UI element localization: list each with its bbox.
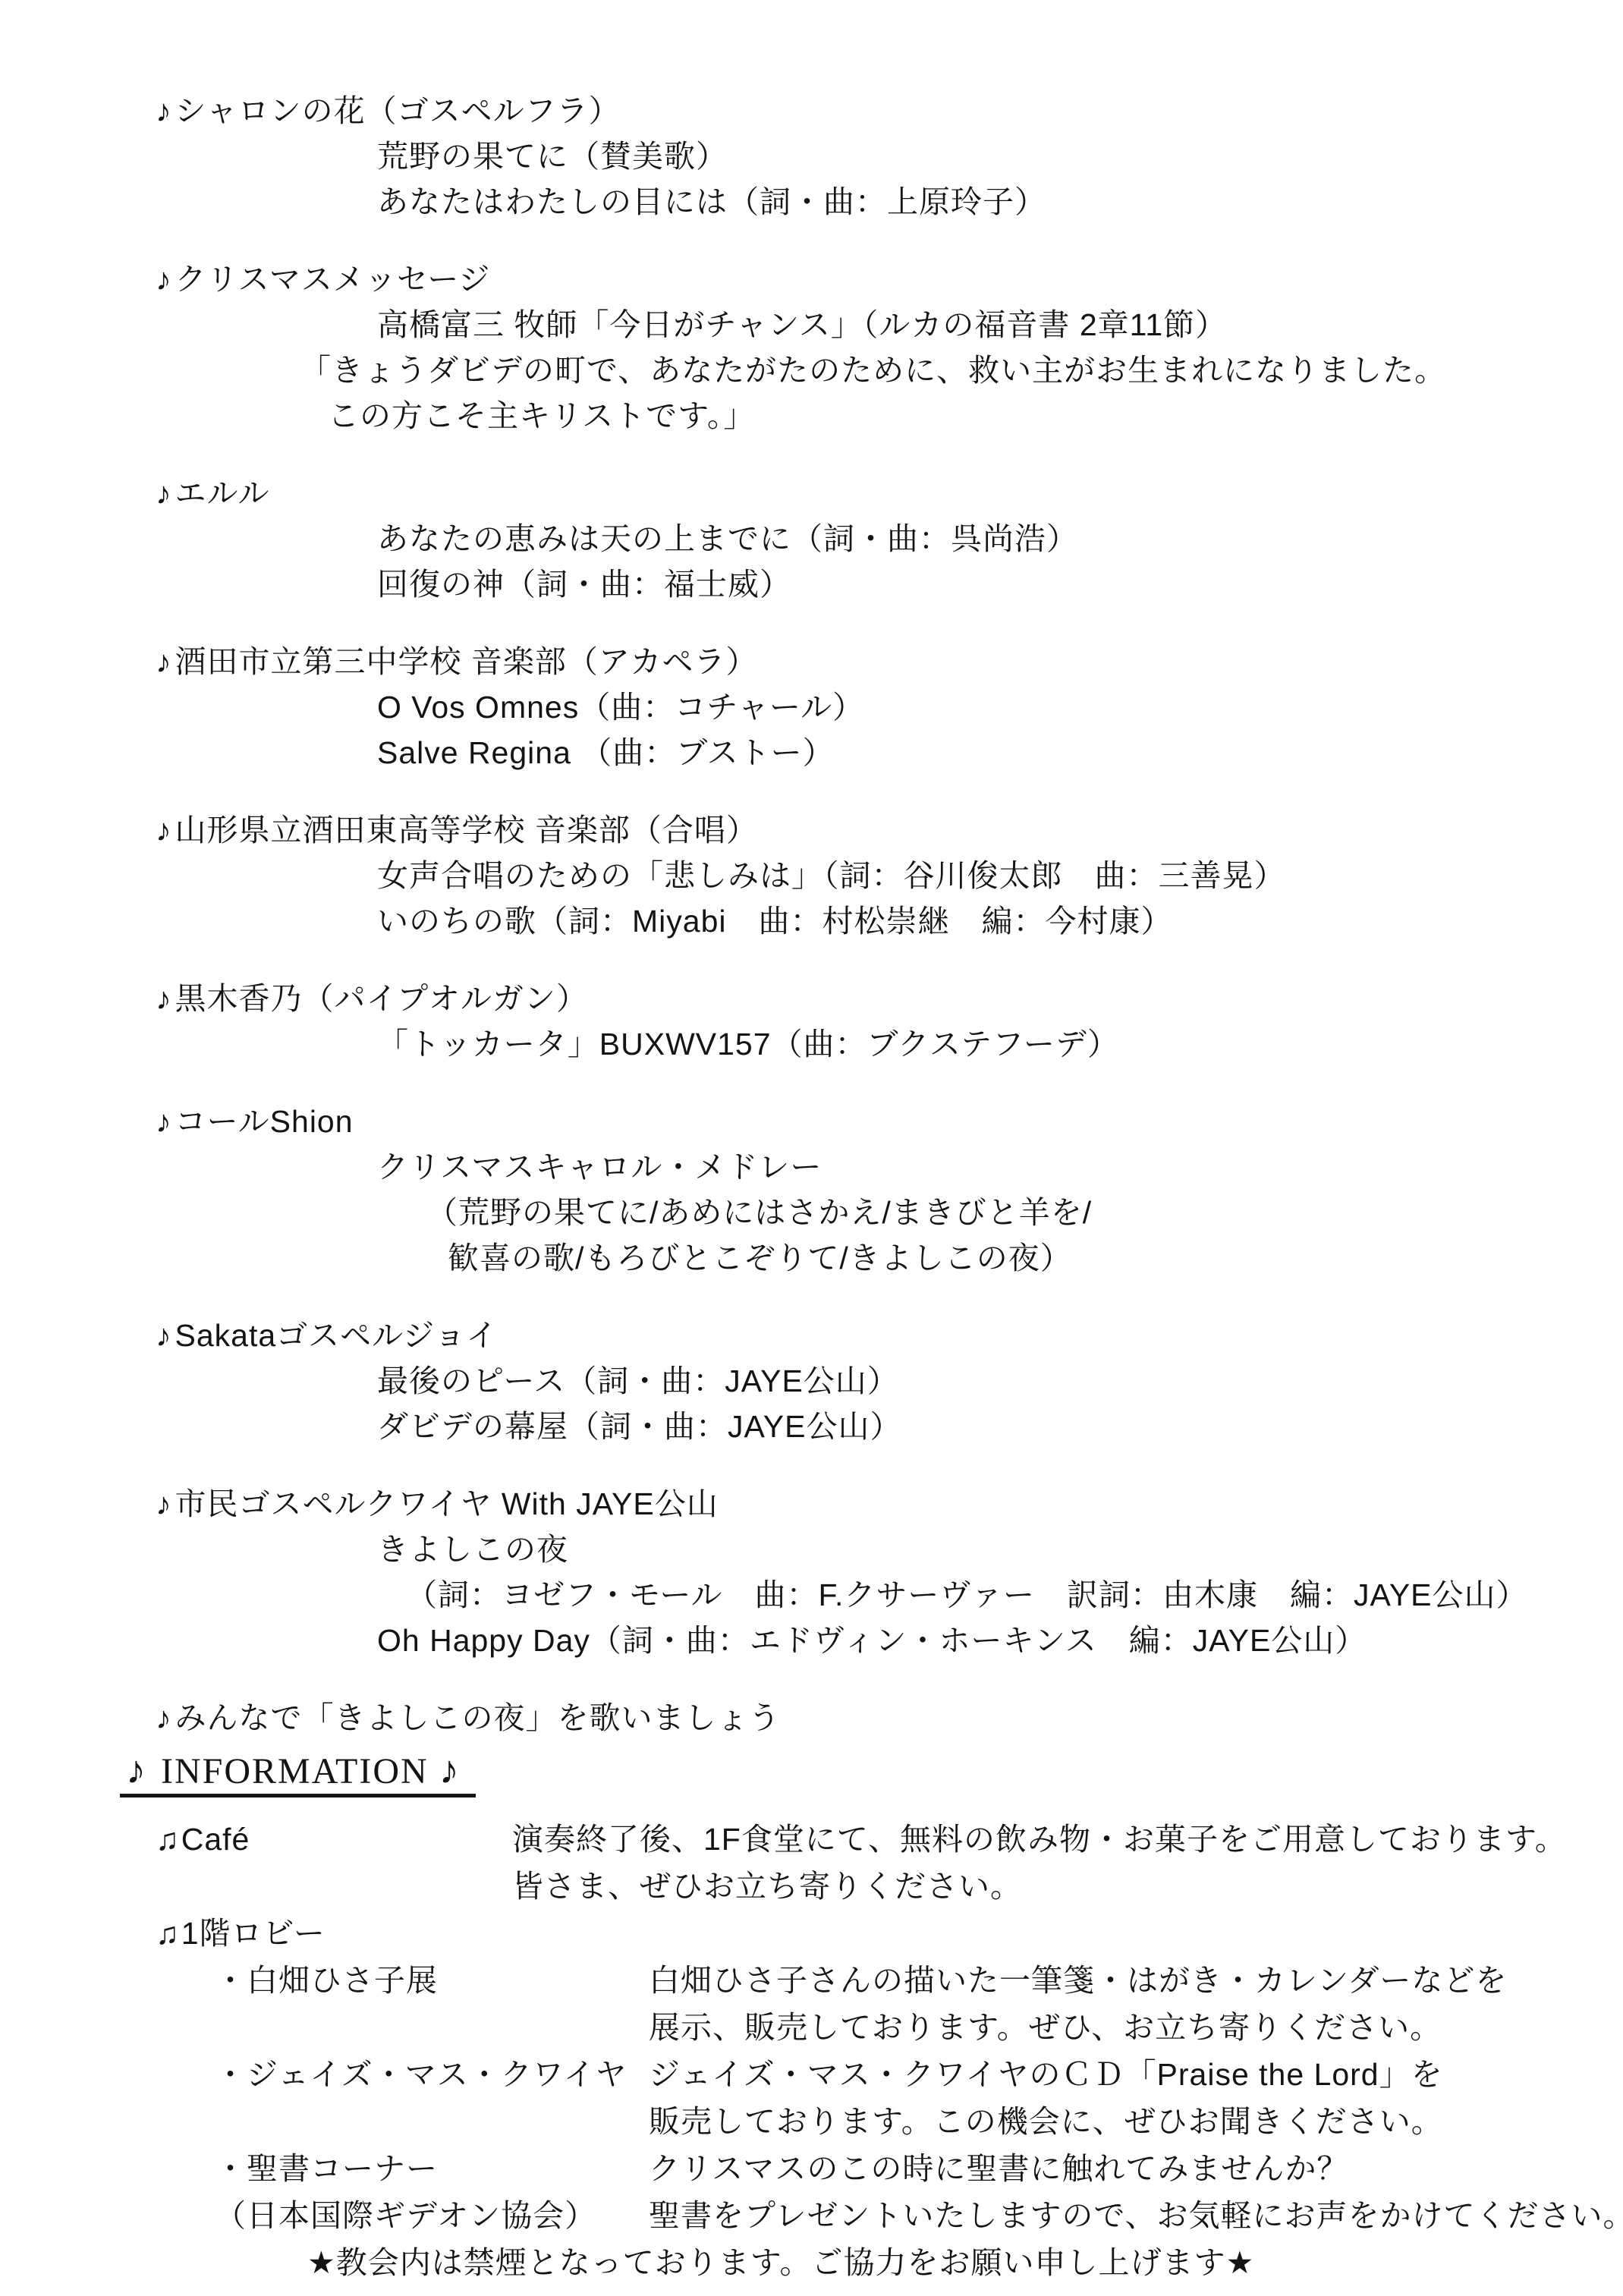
performer-name: シャロンの花（ゴスペルフラ） xyxy=(175,93,621,128)
program-section: ♪黒木香乃（パイプオルガン） 「トッカータ」BUXWV157（曲：ブクステフーデ… xyxy=(0,976,1623,1067)
scripture-quote-line: この方こそ主キリストです。」 xyxy=(0,393,1623,439)
program-section-title: ♪クリスマスメッセージ xyxy=(0,256,1623,302)
beamed-note-icon: ♫ xyxy=(156,1916,180,1951)
program-section-title: ♪シャロンの花（ゴスペルフラ） xyxy=(0,88,1623,134)
program-section: ♪Sakataゴスペルジョイ 最後のピース（詞・曲：JAYE公山） ダビデの幕屋… xyxy=(0,1313,1623,1449)
program-section-title: ♪黒木香乃（パイプオルガン） xyxy=(0,976,1623,1021)
song-line: 最後のピース（詞・曲：JAYE公山） xyxy=(0,1358,1623,1404)
eighth-note-icon: ♪ xyxy=(156,981,172,1016)
eighth-note-icon: ♪ xyxy=(156,1318,172,1353)
program-section: ♪エルル あなたの恵みは天の上までに（詞・曲：呉尚浩） 回復の神（詞・曲：福士威… xyxy=(0,470,1623,607)
program-section: ♪酒田市立第三中学校 音楽部（アカペラ） O Vos Omnes（曲：コチャール… xyxy=(0,639,1623,775)
song-line: 高橋富三 牧師「今日がチャンス」（ルカの福音書 2章11節） xyxy=(0,302,1623,348)
info-description: 販売しております。この機会に、ぜひお聞きください。 xyxy=(649,2098,1623,2145)
info-row-choir-cd: ・ジェイズ・マス・クワイヤ ジェイズ・マス・クワイヤのＣＤ「Praise the… xyxy=(0,2051,1623,2098)
program-section-title: ♪山形県立酒田東高等学校 音楽部（合唱） xyxy=(0,807,1623,853)
sing-along-text: みんなで「きよしこの夜」を歌いましょう xyxy=(175,1700,781,1735)
information-section: ♪ INFORMATION ♪ xyxy=(120,1751,1623,1797)
info-row-continuation: 皆さま、ぜひお立ち寄りください。 xyxy=(0,1863,1623,1910)
program-section-title: ♪コールShion xyxy=(0,1099,1623,1144)
performer-name: 黒木香乃（パイプオルガン） xyxy=(175,981,588,1016)
performer-name: 山形県立酒田東高等学校 音楽部（合唱） xyxy=(175,813,758,848)
program-section: ♪コールShion クリスマスキャロル・メドレー （荒野の果てに/あめにはさかえ… xyxy=(0,1099,1623,1281)
info-label: ♫Café xyxy=(0,1816,512,1863)
info-label-text: Café xyxy=(181,1822,250,1857)
eighth-note-icon: ♪ xyxy=(439,1749,461,1792)
sing-along-line: ♪みんなで「きよしこの夜」を歌いましょう xyxy=(0,1695,1623,1741)
eighth-note-icon: ♪ xyxy=(156,1700,172,1735)
medley-songs-line: （荒野の果てに/あめにはさかえ/まきびと羊を/ xyxy=(0,1190,1623,1235)
medley-songs-line: 歓喜の歌/もろびとこぞりて/きよしこの夜） xyxy=(0,1235,1623,1281)
program-section-title: ♪酒田市立第三中学校 音楽部（アカペラ） xyxy=(0,639,1623,684)
performer-name: エルル xyxy=(175,476,270,511)
program-section: ♪シャロンの花（ゴスペルフラ） 荒野の果てに（賛美歌） あなたはわたしの目には（… xyxy=(0,88,1623,225)
eighth-note-icon: ♪ xyxy=(156,644,172,679)
song-line: 女声合唱のための「悲しみは」（詞：谷川俊太郎 曲：三善晃） xyxy=(0,853,1623,898)
performer-name: Sakataゴスペルジョイ xyxy=(175,1318,499,1353)
program-section-title: ♪市民ゴスペルクワイヤ With JAYE公山 xyxy=(0,1481,1623,1527)
eighth-note-icon: ♪ xyxy=(156,93,172,128)
info-label: ・聖書コーナー xyxy=(0,2145,649,2192)
song-line: 荒野の果てに（賛美歌） xyxy=(0,134,1623,179)
song-line: あなたはわたしの目には（詞・曲：上原玲子） xyxy=(0,179,1623,225)
program-section: ♪クリスマスメッセージ 高橋富三 牧師「今日がチャンス」（ルカの福音書 2章11… xyxy=(0,256,1623,439)
info-label: （日本国際ギデオン協会） xyxy=(0,2192,649,2239)
info-row-cafe: ♫Café 演奏終了後、1F食堂にて、無料の飲み物・お菓子をご用意しております。 xyxy=(0,1816,1623,1863)
song-line: クリスマスキャロル・メドレー xyxy=(0,1144,1623,1190)
info-label: ・ジェイズ・マス・クワイヤ xyxy=(0,2051,649,2098)
scripture-quote-line: 「きょうダビデの町で、あなたがたのために、救い主がお生まれになりました。 xyxy=(0,348,1623,393)
info-row-gideon: （日本国際ギデオン協会） 聖書をプレゼントいたしますので、お気軽にお声をかけてく… xyxy=(0,2192,1623,2239)
performer-name: 酒田市立第三中学校 音楽部（アカペラ） xyxy=(175,644,758,679)
eighth-note-icon: ♪ xyxy=(156,262,172,297)
program-section-title: ♪エルル xyxy=(0,470,1623,516)
info-row-continuation: 販売しております。この機会に、ぜひお聞きください。 xyxy=(0,2098,1623,2145)
eighth-note-icon: ♪ xyxy=(156,476,172,511)
song-line: O Vos Omnes（曲：コチャール） xyxy=(0,684,1623,730)
info-row-continuation: 展示、販売しております。ぜひ、お立ち寄りください。 xyxy=(0,2004,1623,2051)
info-description: 皆さま、ぜひお立ち寄りください。 xyxy=(512,1863,1623,1910)
information-heading: ♪ INFORMATION ♪ xyxy=(120,1751,476,1797)
info-description: ジェイズ・マス・クワイヤのＣＤ「Praise the Lord」を xyxy=(649,2051,1623,2098)
info-description: 白畑ひさ子さんの描いた一筆箋・はがき・カレンダーなどを xyxy=(649,1957,1623,2004)
beamed-note-icon: ♫ xyxy=(156,1822,180,1857)
concert-program-page: ♪シャロンの花（ゴスペルフラ） 荒野の果てに（賛美歌） あなたはわたしの目には（… xyxy=(0,0,1623,2286)
performer-name: 市民ゴスペルクワイヤ With JAYE公山 xyxy=(175,1486,719,1521)
info-description: 演奏終了後、1F食堂にて、無料の飲み物・お菓子をご用意しております。 xyxy=(512,1816,1623,1863)
info-label xyxy=(0,2004,649,2051)
song-line: Salve Regina （曲：ブストー） xyxy=(0,730,1623,775)
song-line: いのちの歌（詞：Miyabi 曲：村松崇継 編：今村康） xyxy=(0,898,1623,944)
info-row-exhibit: ・白畑ひさ子展 白畑ひさ子さんの描いた一筆箋・はがき・カレンダーなどを xyxy=(0,1957,1623,2004)
info-row-bible-corner: ・聖書コーナー クリスマスのこの時に聖書に触れてみませんか？ xyxy=(0,2145,1623,2192)
eighth-note-icon: ♪ xyxy=(156,813,172,848)
info-label xyxy=(0,2098,649,2145)
program-section: ♪市民ゴスペルクワイヤ With JAYE公山 きよしこの夜 （詞：ヨゼフ・モー… xyxy=(0,1481,1623,1663)
info-description: クリスマスのこの時に聖書に触れてみませんか？ xyxy=(649,2145,1623,2192)
song-line: 回復の神（詞・曲：福士威） xyxy=(0,561,1623,607)
song-line: あなたの恵みは天の上までに（詞・曲：呉尚浩） xyxy=(0,516,1623,561)
program-section: ♪山形県立酒田東高等学校 音楽部（合唱） 女声合唱のための「悲しみは」（詞：谷川… xyxy=(0,807,1623,944)
eighth-note-icon: ♪ xyxy=(156,1104,172,1139)
song-line: 「トッカータ」BUXWV157（曲：ブクステフーデ） xyxy=(0,1021,1623,1067)
eighth-note-icon: ♪ xyxy=(126,1749,147,1792)
info-label-text: 1階ロビー xyxy=(181,1916,326,1951)
info-description xyxy=(512,1910,1623,1957)
song-credits-line: （詞：ヨゼフ・モール 曲：F.クサーヴァー 訳詞：由木康 編：JAYE公山） xyxy=(0,1572,1623,1618)
info-label: ・白畑ひさ子展 xyxy=(0,1957,649,2004)
performer-name: クリスマスメッセージ xyxy=(175,262,491,297)
song-line: Oh Happy Day（詞・曲：エドヴィン・ホーキンス 編：JAYE公山） xyxy=(0,1618,1623,1663)
program-section-title: ♪Sakataゴスペルジョイ xyxy=(0,1313,1623,1358)
info-label xyxy=(0,1863,512,1910)
song-line: きよしこの夜 xyxy=(0,1527,1623,1572)
smoking-notice: ★教会内は禁煙となっております。ご協力をお願い申し上げます★ xyxy=(0,2239,1623,2286)
info-description: 展示、販売しております。ぜひ、お立ち寄りください。 xyxy=(649,2004,1623,2051)
information-heading-text: INFORMATION xyxy=(161,1751,429,1791)
performer-name: コールShion xyxy=(175,1104,354,1139)
song-line: ダビデの幕屋（詞・曲：JAYE公山） xyxy=(0,1404,1623,1449)
info-description: 聖書をプレゼントいたしますので、お気軽にお声をかけてください。 xyxy=(649,2192,1623,2239)
info-row-lobby: ♫1階ロビー xyxy=(0,1910,1623,1957)
info-label: ♫1階ロビー xyxy=(0,1910,512,1957)
eighth-note-icon: ♪ xyxy=(156,1486,172,1521)
